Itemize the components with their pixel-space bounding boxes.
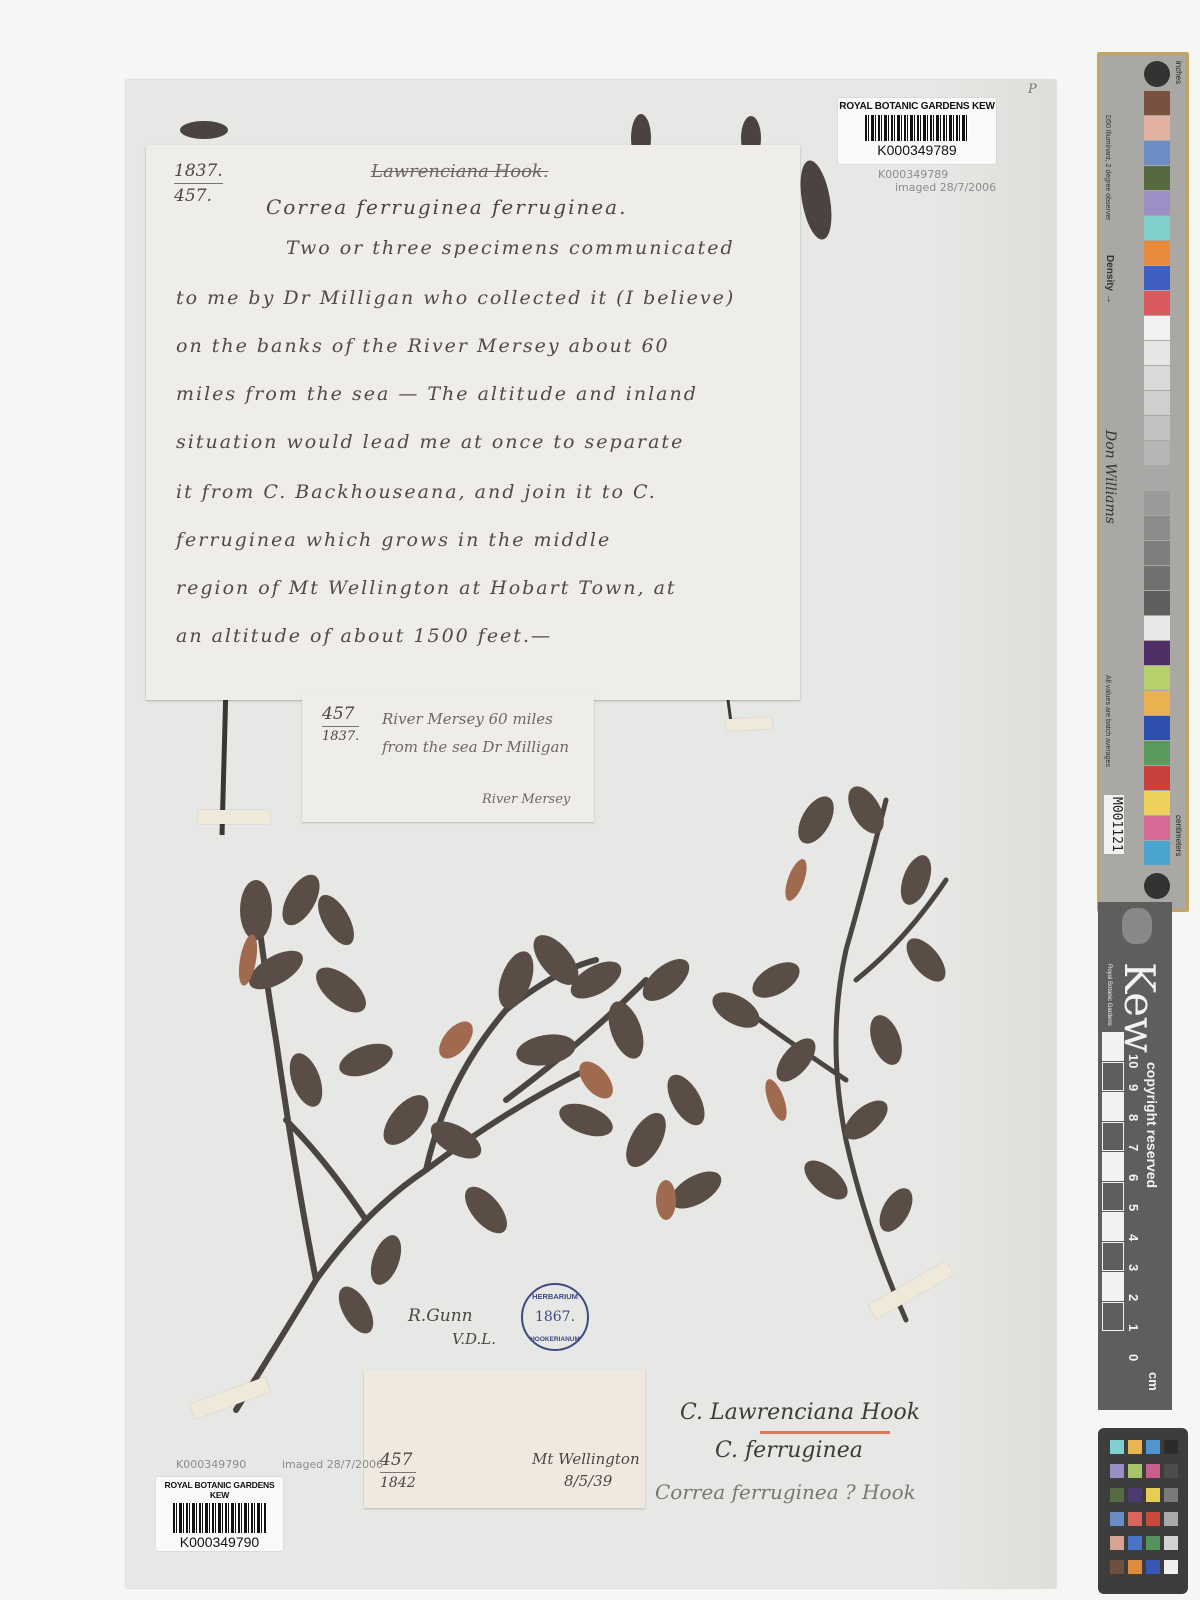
color-checker-card: [1098, 1428, 1188, 1594]
color-chip: [1128, 1512, 1142, 1526]
scale-block: [1102, 1302, 1124, 1331]
scale-number: 4: [1126, 1234, 1141, 1241]
scale-number: 9: [1126, 1084, 1141, 1091]
ruler-color-patch: [1144, 516, 1170, 540]
scale-block: [1102, 1032, 1124, 1061]
label-year: 1837.: [322, 729, 359, 744]
label-number: 457: [380, 1450, 416, 1470]
scale-block: [1102, 1272, 1124, 1301]
color-chip: [1110, 1560, 1124, 1574]
color-density-ruler: D50 Illuminant, 2 degree observer Densit…: [1097, 52, 1189, 912]
ruler-color-patch: [1144, 116, 1170, 140]
ruler-color-patch: [1144, 441, 1170, 465]
label-line: from the sea Dr Milligan: [382, 738, 569, 756]
ruler-color-patch: [1144, 541, 1170, 565]
color-chip: [1110, 1440, 1124, 1454]
label-year: 1842: [380, 1475, 416, 1491]
color-chip: [1110, 1464, 1124, 1478]
color-chip: [1164, 1560, 1178, 1574]
color-chip: [1146, 1512, 1160, 1526]
note-year: 1837.: [174, 161, 223, 181]
scale-number: 1: [1126, 1324, 1141, 1331]
original-handwritten-note: 1837. 457. Lawrenciana Hook. Correa ferr…: [146, 145, 800, 700]
ruler-color-patch: [1144, 616, 1170, 640]
note-line: situation would lead me at once to separ…: [176, 431, 684, 453]
stamp-bottom-text: HOOKERIANUM: [523, 1336, 587, 1343]
ruler-color-patch: [1144, 191, 1170, 215]
ruler-color-patch: [1144, 816, 1170, 840]
ruler-density-label: Density →: [1104, 255, 1115, 304]
kew-scale-card: Kew Royal Botanic Gardens copyright rese…: [1098, 902, 1172, 1410]
color-chip: [1128, 1488, 1142, 1502]
color-chip: [1164, 1536, 1178, 1550]
ruler-color-patch: [1144, 691, 1170, 715]
ruler-color-patch: [1144, 566, 1170, 590]
pencil-note-imaged: imaged 28/7/2006: [282, 1458, 383, 1471]
barcode: [865, 115, 969, 141]
label-fraction: 457 1837.: [322, 704, 359, 744]
scale-number: 5: [1126, 1204, 1141, 1211]
note-fraction: 1837. 457.: [174, 161, 223, 206]
note-line: Two or three specimens communicated: [286, 237, 735, 259]
determination-line-2: C. ferruginea: [715, 1438, 863, 1463]
ruler-color-patch: [1144, 766, 1170, 790]
ruler-color-patch: [1144, 466, 1170, 490]
note-line: to me by Dr Milligan who collected it (I…: [176, 287, 735, 309]
ruler-color-patch: [1144, 666, 1170, 690]
determination-line-1: C. Lawrenciana Hook: [680, 1400, 920, 1425]
collection-label: 457 1842 Mt Wellington 8/5/39: [364, 1370, 645, 1508]
ruler-color-patch: [1144, 291, 1170, 315]
scale-number: 10: [1126, 1054, 1141, 1068]
note-line: region of Mt Wellington at Hobart Town, …: [176, 577, 677, 599]
scale-number: 3: [1126, 1264, 1141, 1271]
color-chip: [1146, 1440, 1160, 1454]
color-chip: [1146, 1464, 1160, 1478]
ruler-hole: [1144, 873, 1170, 899]
ruler-color-patch: [1144, 141, 1170, 165]
label-line: River Mersey: [482, 792, 570, 807]
ruler-id: M001121: [1104, 795, 1124, 854]
scale-number: 8: [1126, 1114, 1141, 1121]
mounting-tape: [726, 717, 773, 731]
ruler-color-patch: [1144, 91, 1170, 115]
ruler-color-patch: [1144, 266, 1170, 290]
note-line: miles from the sea — The altitude and in…: [176, 383, 698, 405]
color-chip: [1164, 1440, 1178, 1454]
label-locality: Mt Wellington: [532, 1450, 640, 1468]
ruler-color-patch: [1144, 391, 1170, 415]
scale-block: [1102, 1212, 1124, 1241]
barcode-label-bottom: ROYAL BOTANIC GARDENS KEW K000349790: [156, 1477, 283, 1551]
kew-subbrand: Royal Botanic Gardens: [1106, 964, 1112, 1026]
ruler-color-patch: [1144, 416, 1170, 440]
locality-label: 457 1837. River Mersey 60 miles from the…: [302, 696, 594, 822]
barcode-number: K000349789: [838, 142, 996, 158]
scale-number: 6: [1126, 1174, 1141, 1181]
royal-crest-icon: [1122, 908, 1152, 944]
collector-name: R.Gunn: [408, 1306, 473, 1326]
note-line: an altitude of about 1500 feet.—: [176, 625, 552, 647]
scale-block: [1102, 1122, 1124, 1151]
stamp-top-text: HERBARIUM: [523, 1292, 587, 1301]
ruler-unit-centimeters: centimeters: [1174, 815, 1183, 856]
note-line: it from C. Backhouseana, and join it to …: [176, 481, 657, 503]
scale-block: [1102, 1062, 1124, 1091]
pencil-note-imaged: imaged 28/7/2006: [895, 181, 996, 194]
color-chip: [1164, 1512, 1178, 1526]
color-chip: [1110, 1536, 1124, 1550]
note-number: 457.: [174, 186, 223, 206]
barcode-number: K000349790: [156, 1534, 283, 1550]
leaf-cluster: [240, 780, 953, 1339]
color-chip: [1128, 1464, 1142, 1478]
color-chip: [1164, 1464, 1178, 1478]
copyright-text: copyright reserved: [1144, 1062, 1160, 1188]
label-line: River Mersey 60 miles: [382, 710, 553, 728]
ruler-color-patch: [1144, 741, 1170, 765]
ruler-illuminant-text: D50 Illuminant, 2 degree observer: [1104, 115, 1111, 220]
color-chip: [1146, 1488, 1160, 1502]
collector-initials: V.D.L.: [452, 1330, 496, 1348]
note-line: on the banks of the River Mersey about 6…: [176, 335, 670, 357]
ruler-color-patch: [1144, 491, 1170, 515]
ruler-color-patch: [1144, 791, 1170, 815]
mounting-tape: [198, 810, 270, 824]
determination-underline: [760, 1431, 890, 1434]
note-line: ferruginea which grows in the middle: [176, 529, 611, 551]
ruler-color-patch: [1144, 641, 1170, 665]
ruler-color-patch: [1144, 366, 1170, 390]
ruler-color-patch: [1144, 716, 1170, 740]
color-chip: [1110, 1512, 1124, 1526]
scale-block: [1102, 1242, 1124, 1271]
ruler-color-patch: [1144, 216, 1170, 240]
ruler-unit-inches: inches: [1174, 61, 1183, 84]
color-chip: [1146, 1560, 1160, 1574]
herbarium-stamp: HERBARIUM 1867. HOOKERIANUM: [521, 1283, 589, 1351]
pencil-note-id: K000349790: [176, 1458, 246, 1471]
determination-line-3: Correa ferruginea ? Hook: [655, 1480, 916, 1504]
ruler-color-patch: [1144, 316, 1170, 340]
institution-name: ROYAL BOTANIC GARDENS KEW: [156, 1480, 283, 1500]
pencil-note-id: K000349789: [878, 168, 948, 181]
scale-number: 2: [1126, 1294, 1141, 1301]
scale-unit: cm: [1146, 1372, 1161, 1391]
color-chip: [1146, 1536, 1160, 1550]
scale-block: [1102, 1092, 1124, 1121]
ruler-color-patch: [1144, 591, 1170, 615]
ruler-hole: [1144, 61, 1170, 87]
ruler-footer-text: All values are batch averages: [1104, 675, 1111, 767]
scale-block: [1102, 1152, 1124, 1181]
struck-name: Lawrenciana Hook.: [371, 161, 549, 182]
color-chip: [1110, 1488, 1124, 1502]
scale-block: [1102, 1182, 1124, 1211]
barcode-label-top: ROYAL BOTANIC GARDENS KEW K000349789: [838, 98, 996, 164]
stamp-year: 1867.: [523, 1309, 587, 1325]
barcode: [173, 1503, 267, 1533]
color-chip: [1128, 1536, 1142, 1550]
ruler-color-patch: [1144, 341, 1170, 365]
ruler-color-patch: [1144, 241, 1170, 265]
label-fraction: 457 1842: [380, 1450, 416, 1491]
label-number: 457: [322, 704, 359, 724]
color-chip: [1164, 1488, 1178, 1502]
ruler-color-patch: [1144, 841, 1170, 865]
scale-number: 0: [1126, 1354, 1141, 1361]
note-title: Correa ferruginea ferruginea.: [266, 195, 627, 219]
ruler-brand: Don Williams: [1102, 430, 1118, 524]
kew-logo: Kew: [1118, 962, 1160, 1053]
color-chip: [1128, 1440, 1142, 1454]
color-chip: [1128, 1560, 1142, 1574]
ruler-color-patch: [1144, 166, 1170, 190]
label-date: 8/5/39: [564, 1472, 612, 1490]
scale-number: 7: [1126, 1144, 1141, 1151]
institution-name: ROYAL BOTANIC GARDENS KEW: [838, 101, 996, 112]
